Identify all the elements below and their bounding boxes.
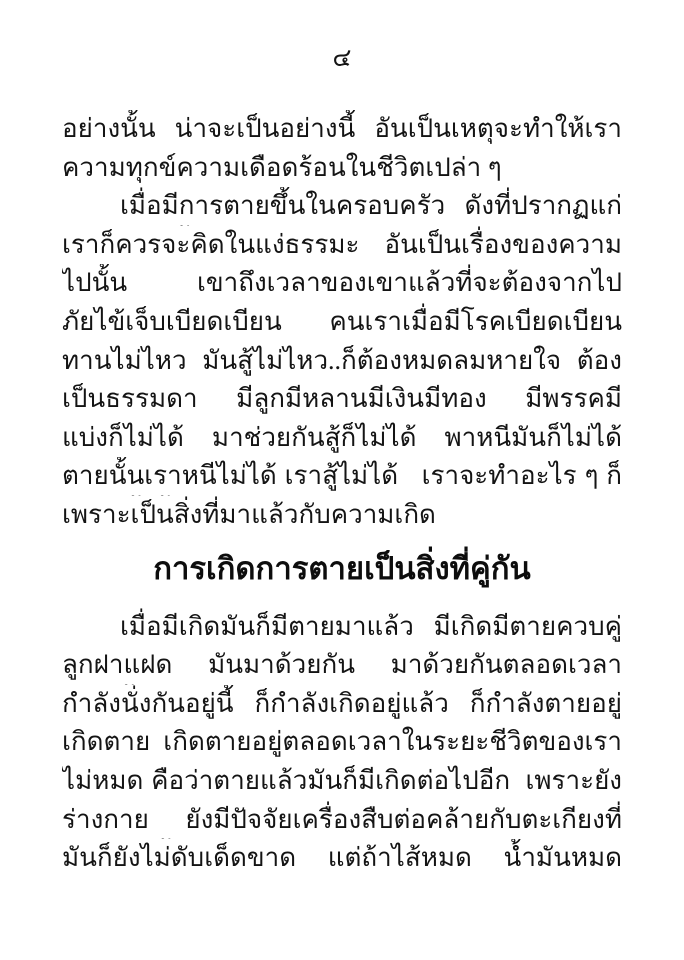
text-line: ทานไม่ไหว มันสู้ไม่ไหว..ก็ต้องหมดลมหายใจ… bbox=[62, 342, 622, 381]
page-number: ๔ bbox=[62, 44, 622, 74]
text-line: กำลังนั่งกันอยู่นี้ ก็กำลังเกิดอยู่แล้ว … bbox=[62, 685, 622, 724]
section-heading: การเกิดการตายเป็นสิ่งที่คู่กัน bbox=[62, 547, 622, 591]
text-line: เราก็ควรจะคิดในแง่ธรรมะ อันเป็นเรื่องของ… bbox=[62, 226, 622, 265]
paragraph-continued: อย่างนั้น น่าจะเป็นอย่างนี้ อันเป็นเหตุจ… bbox=[62, 110, 622, 187]
text-line: มันก็ยังไม่ดับเด็ดขาด แต่ถ้าไส้หมด น้ำมั… bbox=[62, 839, 622, 878]
paragraph-birth-death-pair: เมื่อมีเกิดมันก็มีตายมาแล้ว มีเกิดมีตายค… bbox=[62, 608, 622, 878]
text-line: ร่างกาย ยังมีปัจจัยเครื่องสืบต่อคล้ายกับ… bbox=[62, 801, 622, 840]
paragraph-death-in-family: เมื่อมีการตายขึ้นในครอบครัว ดังที่ปรากฏแ… bbox=[62, 187, 622, 534]
text-line: ความทุกข์ความเดือดร้อนในชีวิตเปล่า ๆ bbox=[62, 149, 622, 188]
text-line: ไม่หมด คือว่าตายแล้วมันก็มีเกิดต่อไปอีก … bbox=[62, 762, 622, 801]
text-line: เมื่อมีการตายขึ้นในครอบครัว ดังที่ปรากฏแ… bbox=[62, 187, 622, 226]
text-line: เมื่อมีเกิดมันก็มีตายมาแล้ว มีเกิดมีตายค… bbox=[62, 608, 622, 647]
text-line: ไปนั้น เขาถึงเวลาของเขาแล้วที่จะต้องจากไ… bbox=[62, 264, 622, 303]
text-line: อย่างนั้น น่าจะเป็นอย่างนี้ อันเป็นเหตุจ… bbox=[62, 110, 622, 149]
text-line: เพราะเป็นสิ่งที่มาแล้วกับความเกิด bbox=[62, 496, 622, 535]
text-line: เกิดตาย เกิดตายอยู่ตลอดเวลาในระยะชีวิตขอ… bbox=[62, 723, 622, 762]
book-page: ๔ อย่างนั้น น่าจะเป็นอย่างนี้ อันเป็นเหต… bbox=[0, 0, 684, 960]
text-line: เป็นธรรมดา มีลูกมีหลานมีเงินมีทอง มีพรรค… bbox=[62, 380, 622, 419]
text-line: แบ่งก็ไม่ได้ มาช่วยกันสู้ก็ไม่ได้ พาหนีม… bbox=[62, 419, 622, 458]
text-line: ลูกฝาแฝด มันมาด้วยกัน มาด้วยกันตลอดเวลา … bbox=[62, 646, 622, 685]
text-line: ภัยไข้เจ็บเบียดเบียน คนเราเมื่อมีโรคเบีย… bbox=[62, 303, 622, 342]
text-line: ตายนั้นเราหนีไม่ได้ เราสู้ไม่ได้ เราจะทำ… bbox=[62, 457, 622, 496]
